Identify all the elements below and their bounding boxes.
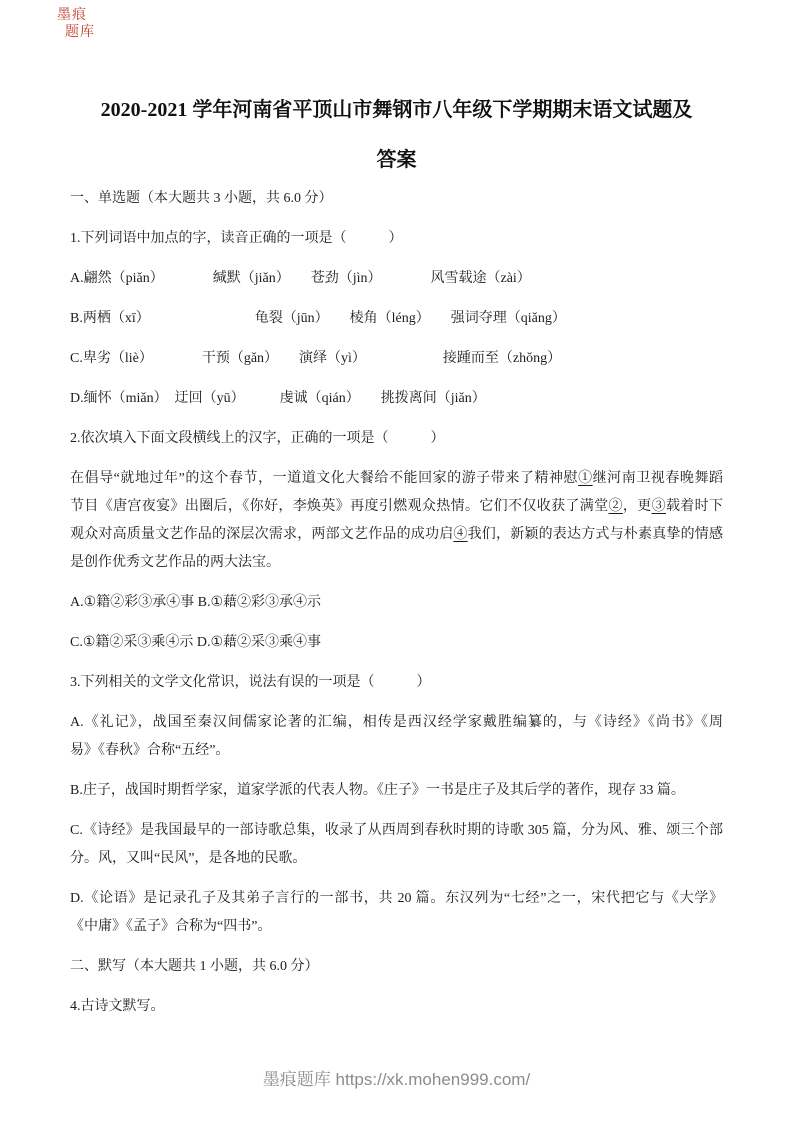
question-3-option-d: D.《论语》是记录孔子及其弟子言行的一部书，共 20 篇。东汉列为“七经”之一，…	[70, 885, 723, 941]
question-2-options-ab: A.①籍②彩③承④事 B.①藉②彩③承④示	[70, 589, 723, 617]
document-title: 2020-2021 学年河南省平顶山市舞钢市八年级下学期期末语文试题及 答案	[70, 85, 723, 185]
document-title-line1: 2020-2021 学年河南省平顶山市舞钢市八年级下学期期末语文试题及	[70, 85, 723, 135]
section-one-heading: 一、单选题（本大题共 3 小题，共 6.0 分）	[70, 185, 723, 213]
question-2-passage: 在倡导“就地过年”的这个春节，一道道文化大餐给不能回家的游子带来了精神慰①继河南…	[70, 465, 723, 577]
question-1-option-c: C.卑劣（liè） 干预（gǎn） 演绎（yì） 接踵而至（zhǒng）	[70, 345, 723, 373]
question-3-option-a: A.《礼记》，战国至秦汉间儒家论著的汇编，相传是西汉经学家戴胜编纂的，与《诗经》…	[70, 709, 723, 765]
passage-line: 是创作优秀文艺作品的两大法宝。	[70, 549, 723, 577]
option-line: 《中庸》《孟子》合称为“四书”。	[70, 913, 723, 941]
option-line: A.《礼记》，战国至秦汉间儒家论著的汇编，相传是西汉经学家戴胜编纂的，与《诗经》…	[70, 709, 723, 737]
question-2-options-cd: C.①籍②采③乘④示 D.①藉②采③乘④事	[70, 629, 723, 657]
question-3-stem: 3.下列相关的文学文化常识，说法有误的一项是（ ）	[70, 669, 723, 697]
passage-line: 节目《唐宫夜宴》出圈后，《你好，李焕英》再度引燃观众热情。它们不仅收获了满堂②，…	[70, 493, 723, 521]
passage-line: 观众对高质量文艺作品的深层次需求，两部文艺作品的成功启④我们，新颖的表达方式与朴…	[70, 521, 723, 549]
question-3-option-c: C.《诗经》是我国最早的一部诗歌总集，收录了从西周到春秋时期的诗歌 305 篇，…	[70, 817, 723, 873]
question-3-option-b: B.庄子，战国时期哲学家，道家学派的代表人物。《庄子》一书是庄子及其后学的著作，…	[70, 777, 723, 805]
question-1-option-a: A.翩然（piǎn） 缄默（jiǎn） 苍劲（jìn） 风雪载途（zài）	[70, 265, 723, 293]
section-two-heading: 二、默写（本大题共 1 小题，共 6.0 分）	[70, 953, 723, 981]
question-4-stem: 4.古诗文默写。	[70, 993, 723, 1021]
document-title-line2: 答案	[70, 135, 723, 185]
question-1-option-b: B.两栖（xī） 龟裂（jūn） 棱角（léng） 强词夺理（qiǎng）	[70, 305, 723, 333]
option-line: D.《论语》是记录孔子及其弟子言行的一部书，共 20 篇。东汉列为“七经”之一，…	[70, 885, 723, 913]
question-1-stem: 1.下列词语中加点的字，读音正确的一项是（ ）	[70, 225, 723, 253]
document-page: 2020-2021 学年河南省平顶山市舞钢市八年级下学期期末语文试题及 答案 一…	[70, 0, 723, 1033]
footer-watermark: 墨痕题库 https://xk.mohen999.com/	[0, 1068, 793, 1092]
option-line: C.《诗经》是我国最早的一部诗歌总集，收录了从西周到春秋时期的诗歌 305 篇，…	[70, 817, 723, 845]
passage-line: 在倡导“就地过年”的这个春节，一道道文化大餐给不能回家的游子带来了精神慰①继河南…	[70, 465, 723, 493]
option-line: 分。风，又叫“民风”，是各地的民歌。	[70, 845, 723, 873]
document-body: 一、单选题（本大题共 3 小题，共 6.0 分） 1.下列词语中加点的字，读音正…	[70, 185, 723, 1021]
question-1-option-d: D.缅怀（miǎn） 迂回（yū） 虔诚（qián） 挑拨离间（jiǎn）	[70, 385, 723, 413]
question-2-stem: 2.依次填入下面文段横线上的汉字，正确的一项是（ ）	[70, 425, 723, 453]
option-line: 易》《春秋》合称“五经”。	[70, 737, 723, 765]
